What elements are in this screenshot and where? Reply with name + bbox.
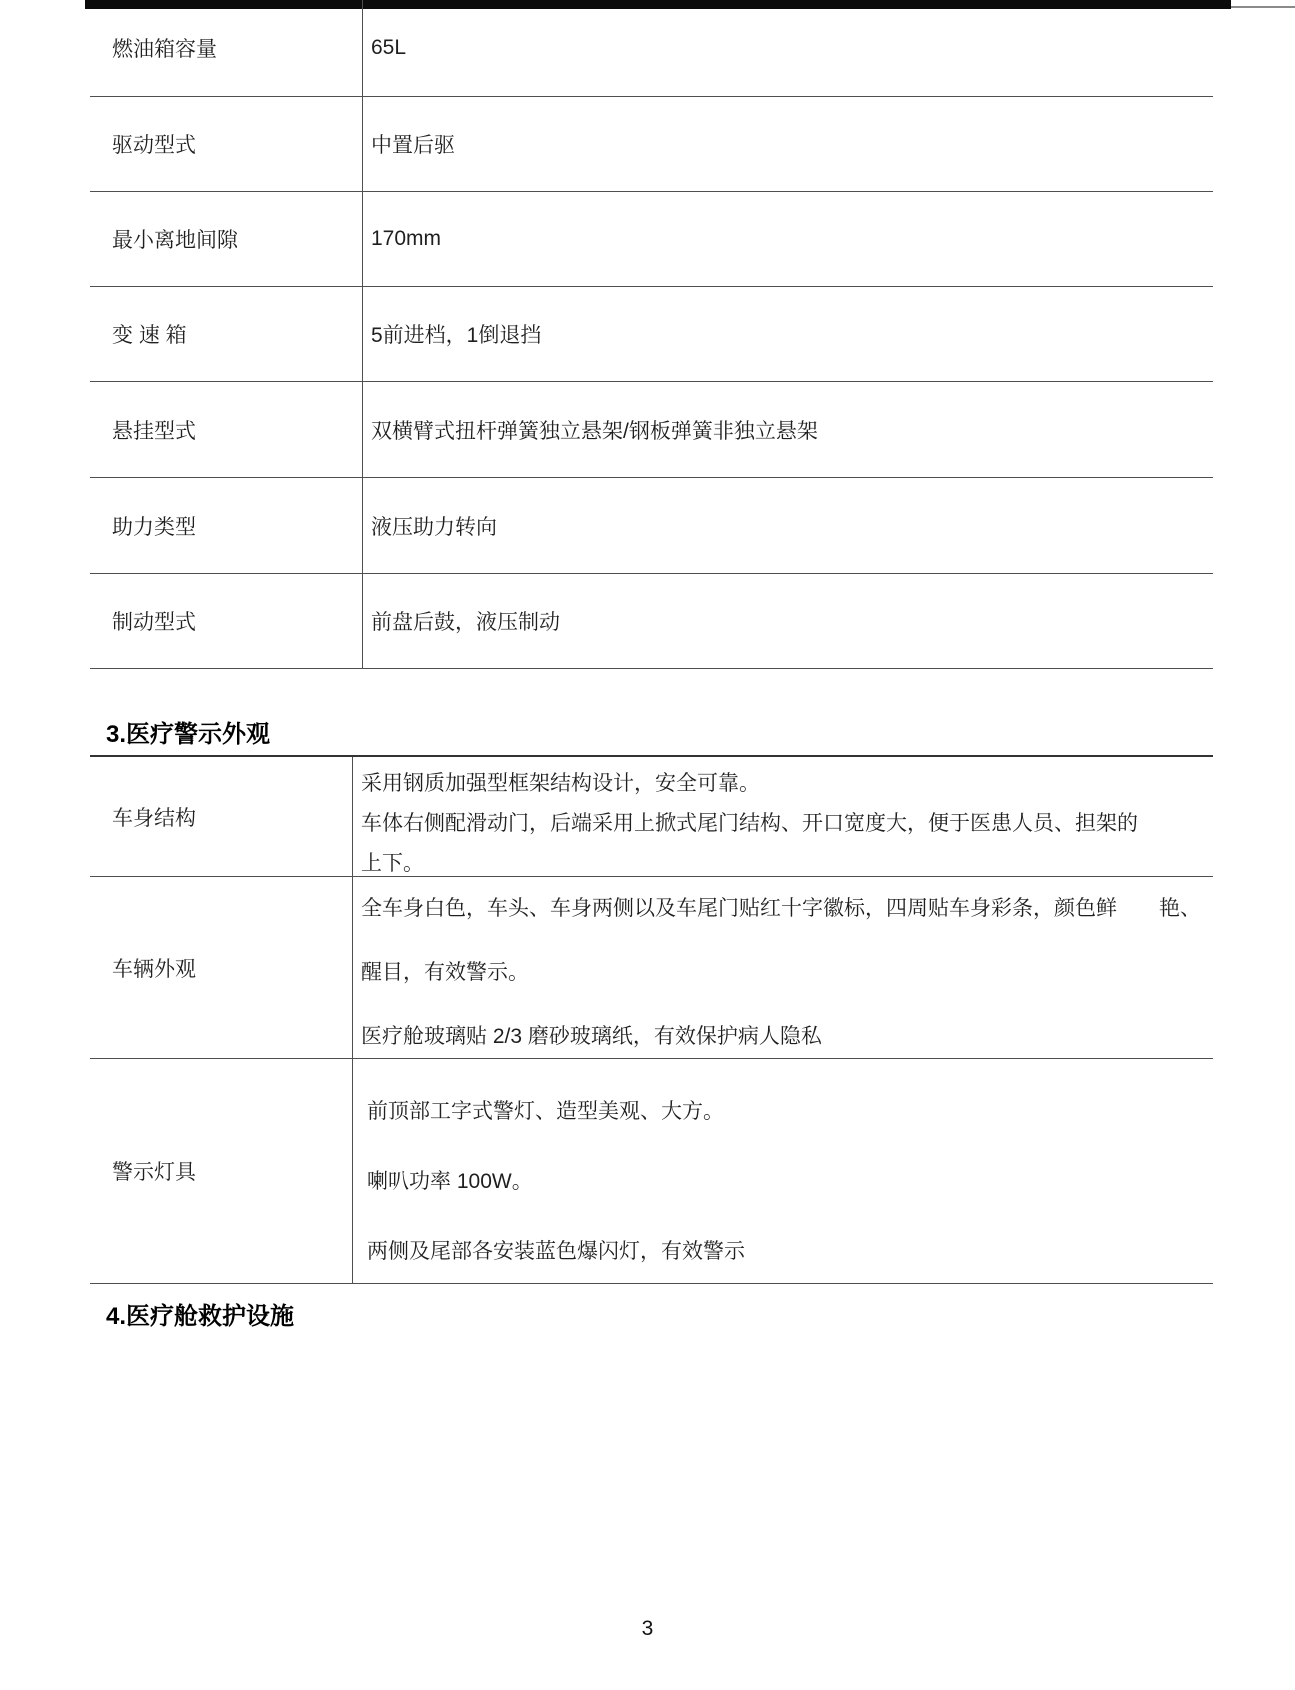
spec-label: 变 速 箱 [90,287,363,381]
spec-label: 助力类型 [90,478,363,573]
warning-label: 车身结构 [90,757,353,876]
spec-label: 制动型式 [90,574,363,668]
warning-label: 车辆外观 [90,877,353,1058]
table-row: 燃油箱容量 65L [90,0,1213,97]
table-row: 变 速 箱 5前进档，1倒退挡 [90,287,1213,382]
section-heading-medical-cabin-rescue: 4.医疗舱救护设施 [106,1300,294,1334]
value-line: 全车身白色，车头、车身两侧以及车尾门贴红十字徽标，四周贴车身彩条，颜色鲜 艳、 [361,877,1213,941]
spec-value: 中置后驱 [363,97,1213,191]
value-line: 两侧及尾部各安装蓝色爆闪灯，有效警示 [367,1217,1213,1283]
warning-value: 全车身白色，车头、车身两侧以及车尾门贴红十字徽标，四周贴车身彩条，颜色鲜 艳、 … [353,877,1213,1058]
spec-value: 前盘后鼓，液压制动 [363,574,1213,668]
table-row: 助力类型 液压助力转向 [90,478,1213,574]
table-row: 驱动型式 中置后驱 [90,97,1213,192]
value-line: 喇叭功率 100W。 [367,1147,1213,1217]
warning-appearance-table: 车身结构 采用钢质加强型框架结构设计，安全可靠。 车体右侧配滑动门，后端采用上掀… [90,755,1213,1284]
value-line: 醒目，有效警示。 [361,941,1213,1005]
section-heading-medical-warning-appearance: 3.医疗警示外观 [106,718,270,752]
spec-value: 液压助力转向 [363,478,1213,573]
table-row: 制动型式 前盘后鼓，液压制动 [90,574,1213,669]
top-cutoff-line [1231,6,1295,8]
spec-value: 170mm [363,192,1213,286]
document-page: 燃油箱容量 65L 驱动型式 中置后驱 最小离地间隙 170mm 变 速 箱 5… [0,0,1295,1690]
table-row: 车辆外观 全车身白色，车头、车身两侧以及车尾门贴红十字徽标，四周贴车身彩条，颜色… [90,877,1213,1059]
warning-label: 警示灯具 [90,1059,353,1283]
table-row: 悬挂型式 双横臂式扭杆弹簧独立悬架/钢板弹簧非独立悬架 [90,382,1213,478]
table-row: 警示灯具 前顶部工字式警灯、造型美观、大方。 喇叭功率 100W。 两侧及尾部各… [90,1059,1213,1284]
vehicle-spec-table: 燃油箱容量 65L 驱动型式 中置后驱 最小离地间隙 170mm 变 速 箱 5… [90,0,1213,669]
spec-value: 5前进档，1倒退挡 [363,287,1213,381]
spec-value: 双横臂式扭杆弹簧独立悬架/钢板弹簧非独立悬架 [363,382,1213,477]
page-number: 3 [0,1615,1295,1643]
table-row: 车身结构 采用钢质加强型框架结构设计，安全可靠。 车体右侧配滑动门，后端采用上掀… [90,757,1213,877]
warning-value: 采用钢质加强型框架结构设计，安全可靠。 车体右侧配滑动门，后端采用上掀式尾门结构… [353,757,1213,876]
spec-label: 燃油箱容量 [90,0,363,96]
value-line: 车体右侧配滑动门，后端采用上掀式尾门结构、开口宽度大，便于医患人员、担架的 [361,804,1213,844]
value-line: 上下。 [361,844,1213,876]
spec-label: 悬挂型式 [90,382,363,477]
value-line: 医疗舱玻璃贴 2/3 磨砂玻璃纸，有效保护病人隐私 [361,1005,1213,1058]
spec-value: 65L [363,0,1213,96]
value-line: 前顶部工字式警灯、造型美观、大方。 [367,1077,1213,1147]
spec-label: 驱动型式 [90,97,363,191]
table-row: 最小离地间隙 170mm [90,192,1213,287]
spec-label: 最小离地间隙 [90,192,363,286]
value-line: 采用钢质加强型框架结构设计，安全可靠。 [361,764,1213,804]
warning-value: 前顶部工字式警灯、造型美观、大方。 喇叭功率 100W。 两侧及尾部各安装蓝色爆… [353,1059,1213,1283]
